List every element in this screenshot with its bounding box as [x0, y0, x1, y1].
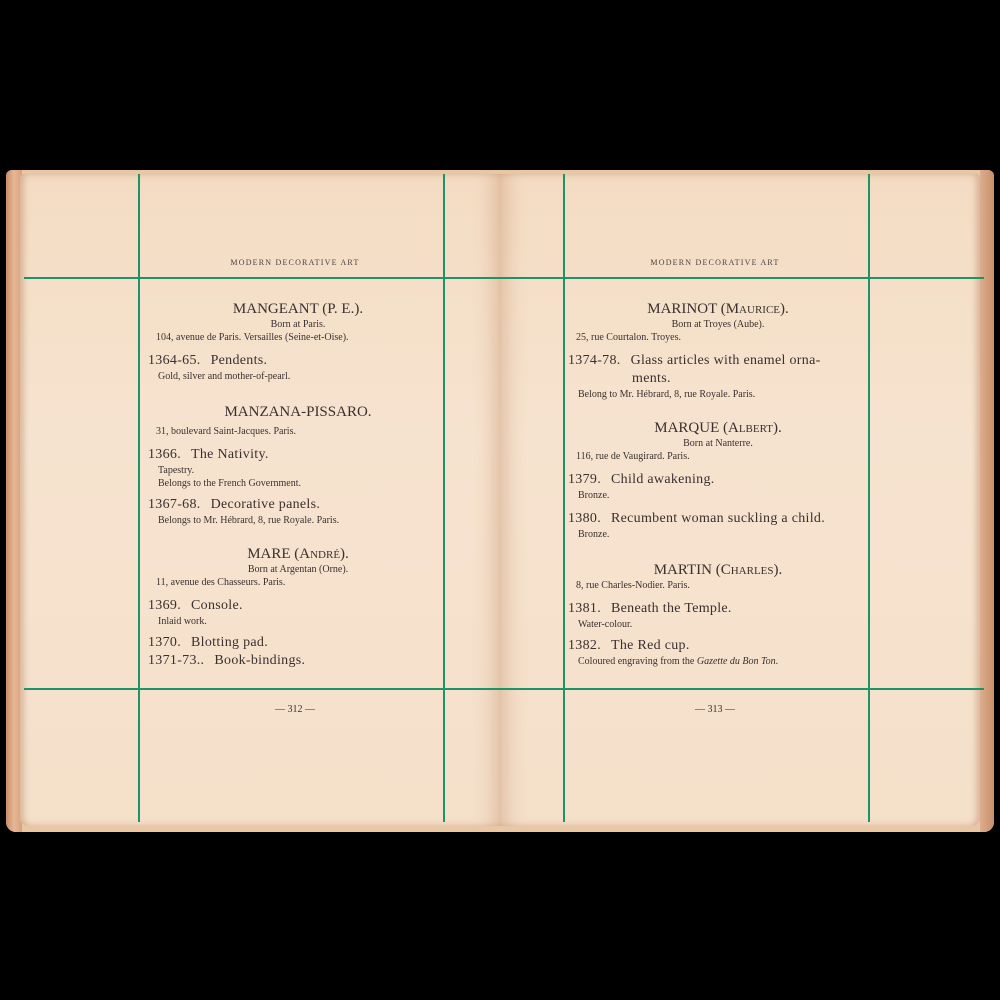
entry-title: Child awakening.	[611, 472, 715, 487]
catalogue-entry: 1370.Blotting pad.	[148, 634, 448, 652]
catalogue-entry: 1366.The Nativity.	[148, 446, 448, 464]
entry-number: 1381.	[568, 600, 601, 618]
entry-number: 1367-68.	[148, 496, 201, 514]
birthplace: Born at Nanterre.	[568, 437, 868, 450]
address: 104, avenue de Paris. Versailles (Seine-…	[156, 331, 448, 344]
running-head: MODERN DECORATIVE ART	[565, 258, 865, 267]
grid-line-left-outer	[138, 174, 140, 822]
entry-note: Belongs to the French Government.	[158, 477, 448, 490]
entry-note: Tapestry.	[158, 464, 448, 477]
catalogue-entry: 1380.Recumbent woman suckling a child.	[568, 510, 868, 528]
entry-note: Belong to Mr. Hébrard, 8, rue Royale. Pa…	[578, 388, 868, 401]
artist-name: MANZANA-PISSARO.	[224, 404, 371, 420]
artist-first-name: (Albert).	[723, 420, 782, 436]
catalogue-entry: 1381.Beneath the Temple.	[568, 600, 868, 618]
entry-note: Bronze.	[578, 489, 868, 502]
catalogue-entry: 1382.The Red cup.	[568, 637, 868, 655]
entry-note: Gold, silver and mother-of-pearl.	[158, 370, 448, 383]
catalogue-entry: 1374-78.Glass articles with enamel orna-	[568, 352, 868, 370]
grid-line-top	[24, 277, 984, 279]
entry-title: Decorative panels.	[211, 497, 321, 512]
address: 31, boulevard Saint-Jacques. Paris.	[156, 425, 448, 438]
artist-heading: MANZANA-PISSARO.	[148, 403, 448, 421]
catalogue-entry: 1369.Console.	[148, 597, 448, 615]
entry-note: Bronze.	[578, 528, 868, 541]
entry-title: Book-bindings.	[214, 653, 305, 668]
left-page: MODERN DECORATIVE ART MANGEANT (P. E.). …	[20, 174, 500, 826]
catalogue-content-right: MARINOT (Maurice). Born at Troyes (Aube)…	[568, 300, 868, 668]
entry-title: Recumbent woman suckling a child.	[611, 511, 825, 526]
artist-heading: MARINOT (Maurice).	[568, 300, 868, 318]
artist-name: MARQUE	[654, 420, 719, 436]
entry-note: Water-colour.	[578, 618, 868, 631]
right-page: MODERN DECORATIVE ART MARINOT (Maurice).…	[500, 174, 980, 826]
artist-heading: MARTIN (Charles).	[568, 561, 868, 579]
page-number: — 313 —	[565, 704, 865, 715]
entry-note: Inlaid work.	[158, 615, 448, 628]
entry-number: 1366.	[148, 446, 181, 464]
birthplace: Born at Argentan (Orne).	[148, 563, 448, 576]
grid-line-bottom	[24, 688, 984, 690]
running-head: MODERN DECORATIVE ART	[145, 258, 445, 267]
entry-number: 1370.	[148, 634, 181, 652]
catalogue-entry: 1379.Child awakening.	[568, 471, 868, 489]
entry-number: 1374-78.	[568, 352, 621, 370]
artist-name: MARTIN	[654, 562, 712, 578]
grid-line-left-inner	[443, 174, 445, 822]
entry-title-continuation: ments.	[568, 370, 868, 388]
address: 116, rue de Vaugirard. Paris.	[576, 450, 868, 463]
entry-number: 1379.	[568, 471, 601, 489]
catalogue-entry: 1367-68.Decorative panels.	[148, 496, 448, 514]
artist-name: MARE	[247, 546, 290, 562]
artist-first-name: (André).	[294, 546, 349, 562]
artist-heading: MANGEANT (P. E.).	[148, 300, 448, 318]
page-number: — 312 —	[145, 704, 445, 715]
artist-heading: MARQUE (Albert).	[568, 419, 868, 437]
grid-line-right-outer	[868, 174, 870, 822]
catalogue-content-left: MANGEANT (P. E.). Born at Paris. 104, av…	[148, 300, 448, 670]
entry-title: The Nativity.	[191, 447, 269, 462]
artist-heading: MARE (André).	[148, 545, 448, 563]
entry-number: 1364-65.	[148, 352, 201, 370]
catalogue-entry: 1364-65.Pendents.	[148, 352, 448, 370]
address: 25, rue Courtalon. Troyes.	[576, 331, 868, 344]
entry-title: Pendents.	[211, 353, 268, 368]
entry-title: Blotting pad.	[191, 635, 268, 650]
entry-note: Belongs to Mr. Hébrard, 8, rue Royale. P…	[158, 514, 448, 527]
entry-title: Glass articles with enamel orna-	[631, 353, 821, 368]
birthplace: Born at Paris.	[148, 318, 448, 331]
open-book: MODERN DECORATIVE ART MANGEANT (P. E.). …	[6, 170, 994, 832]
note-text: Coloured engraving from the	[578, 656, 697, 667]
artist-first-name: (Charles).	[716, 562, 783, 578]
artist-first-name: (P. E.).	[322, 301, 363, 317]
grid-line-right-inner	[563, 174, 565, 822]
entry-number: 1371-73..	[148, 652, 204, 670]
entry-number: 1382.	[568, 637, 601, 655]
artist-name: MARINOT	[647, 301, 717, 317]
entry-number: 1380.	[568, 510, 601, 528]
book-edge-right	[980, 170, 994, 832]
entry-number: 1369.	[148, 597, 181, 615]
catalogue-entry: 1371-73..Book-bindings.	[148, 652, 448, 670]
entry-note: Coloured engraving from the Gazette du B…	[578, 655, 868, 668]
note-text: .	[776, 656, 779, 667]
artist-first-name: (Maurice).	[721, 301, 789, 317]
address: 8, rue Charles-Nodier. Paris.	[576, 579, 868, 592]
entry-title: The Red cup.	[611, 638, 690, 653]
entry-title: Console.	[191, 598, 243, 613]
entry-title: Beneath the Temple.	[611, 601, 732, 616]
artist-name: MANGEANT	[233, 301, 319, 317]
publication-title: Gazette du Bon Ton	[697, 656, 776, 667]
address: 11, avenue des Chasseurs. Paris.	[156, 576, 448, 589]
birthplace: Born at Troyes (Aube).	[568, 318, 868, 331]
